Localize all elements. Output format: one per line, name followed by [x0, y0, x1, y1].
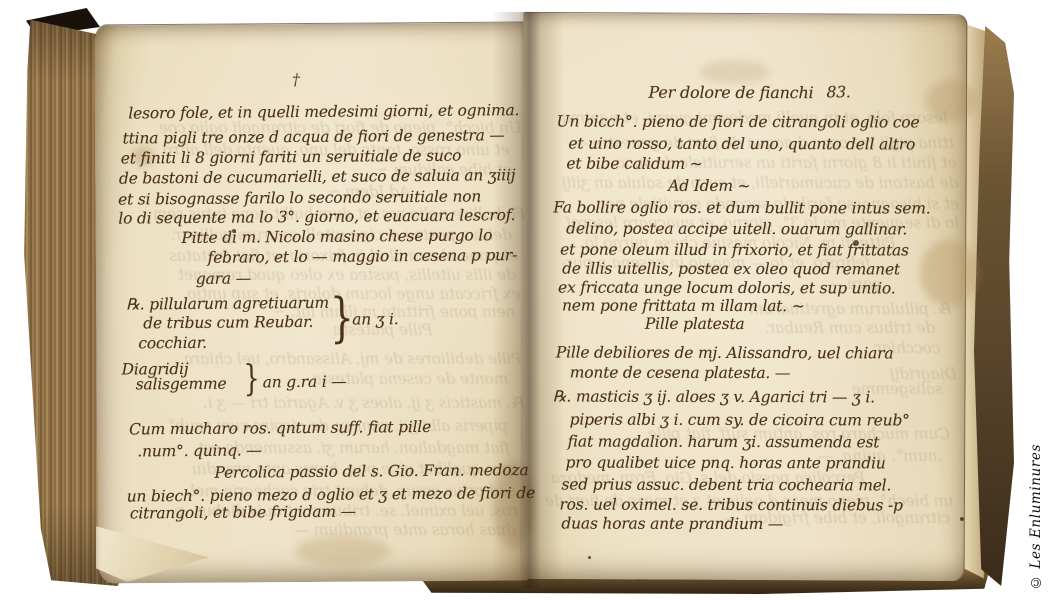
ink-speck [853, 240, 859, 246]
photo-canvas: Un bicch°. pieno de fiori de citrangoli … [0, 0, 1054, 600]
stain [295, 536, 390, 566]
stain [926, 80, 976, 122]
stain [492, 462, 534, 547]
ink-speck [232, 229, 236, 233]
stain [132, 146, 154, 166]
stain [700, 60, 770, 84]
copyright-watermark: © Les Enluminures [1028, 444, 1044, 590]
stain [920, 240, 978, 306]
ink-speck [588, 556, 591, 559]
ink-speck [960, 517, 964, 521]
left-page [94, 23, 528, 584]
right-page [521, 13, 968, 581]
